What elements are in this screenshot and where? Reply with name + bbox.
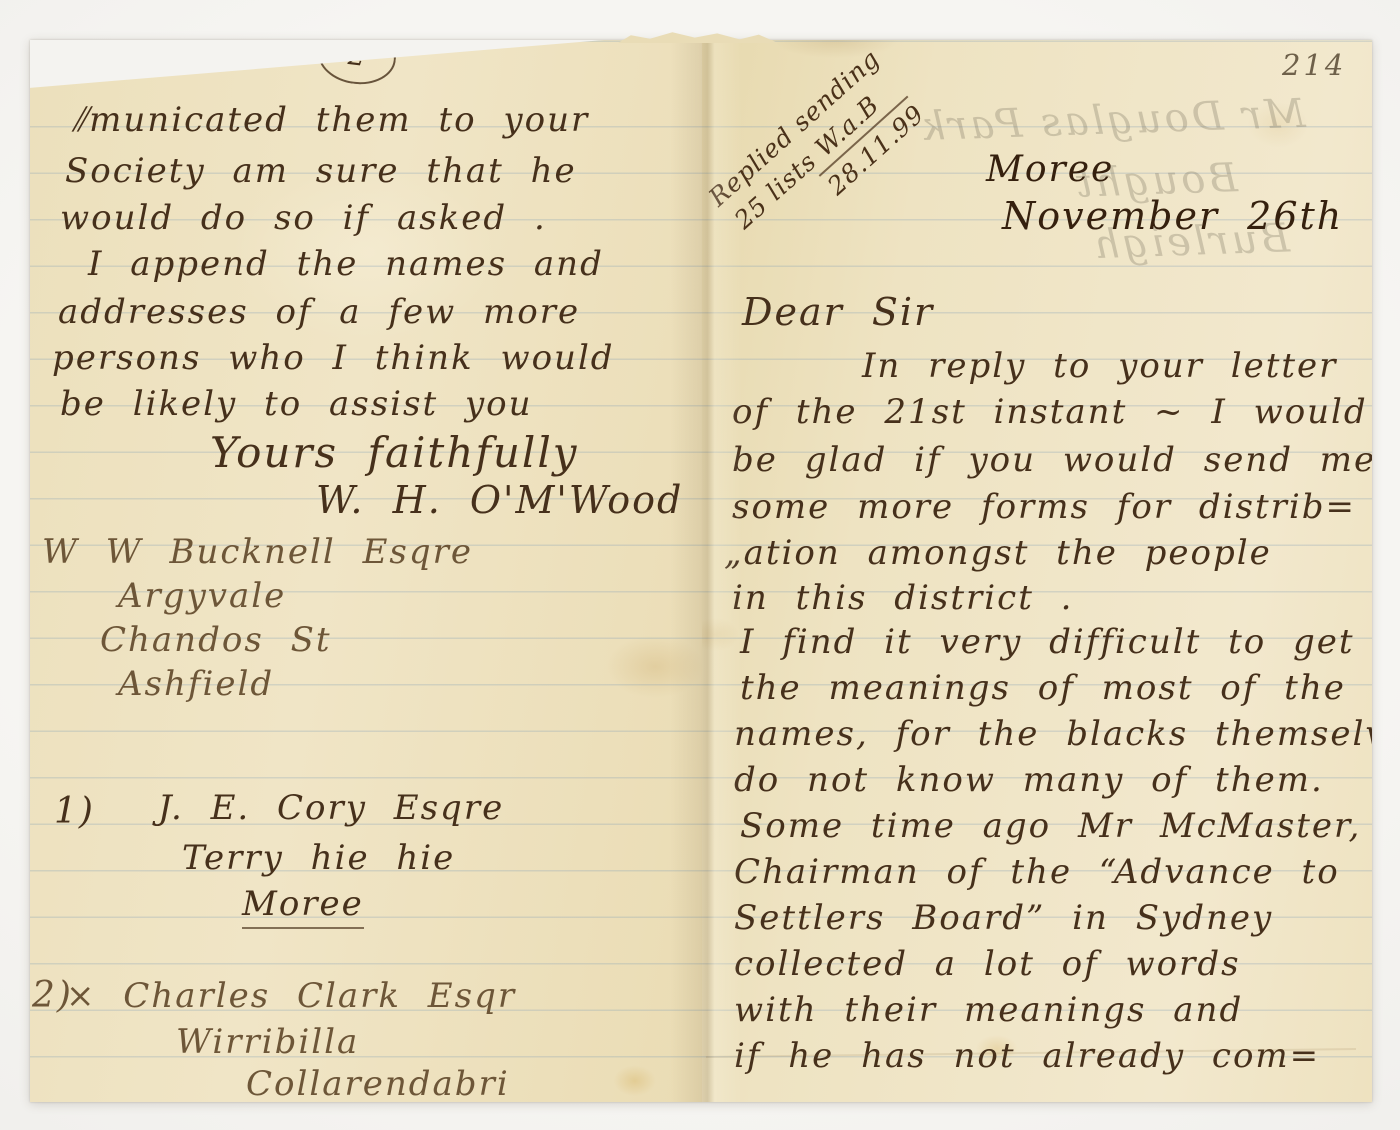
page-right: 214 Mr Douglas Park Bought Burleigh Repl… xyxy=(702,40,1372,1102)
list-item-line: Moree xyxy=(242,886,364,923)
handwriting-line: some more forms for distrib= xyxy=(732,489,1356,526)
center-fold xyxy=(670,40,742,1102)
handwriting-line: with their meanings and xyxy=(734,992,1243,1029)
recipient-line: Ashfield xyxy=(118,666,274,703)
photo-background: 2 ⫽municated them to your Society am sur… xyxy=(0,0,1400,1130)
handwriting-line: collected a lot of words xyxy=(734,946,1241,983)
handwriting-line: Settlers Board” in Sydney xyxy=(734,900,1273,937)
handwriting-line: the meanings of most of the xyxy=(740,670,1346,707)
handwriting-line: In reply to your letter xyxy=(862,348,1337,385)
handwriting-line: in this district . xyxy=(732,580,1073,617)
list-item-line: Wirribilla xyxy=(176,1024,359,1061)
recipient-name: W W Bucknell Esqre xyxy=(42,534,473,571)
salutation-line: Dear Sir xyxy=(742,292,934,334)
handwriting-line: Some time ago Mr McMaster, the xyxy=(740,808,1372,845)
handwriting-line: would do so if asked . xyxy=(60,200,547,237)
closing-line: Yours faithfully xyxy=(210,430,579,476)
handwriting-line: addresses of a few more xyxy=(58,294,580,331)
folio-number: 214 xyxy=(1282,48,1346,82)
handwriting-line: be likely to assist you xyxy=(60,386,533,423)
handwriting-line: Society am sure that he xyxy=(65,153,577,190)
signature-line: W. H. O'M'Wood xyxy=(316,480,683,522)
bleedthrough-text: Mr Douglas Park Bought Burleigh xyxy=(885,83,1312,298)
list-item-line: Collarendabri xyxy=(246,1066,510,1102)
handwriting-line: be glad if you would send me xyxy=(732,442,1372,479)
list-item-name: J. E. Cory Esqre xyxy=(158,790,504,827)
torn-edge-fragment xyxy=(618,31,778,43)
place-line: Moree xyxy=(986,150,1114,190)
handwriting-line: do not know many of them. xyxy=(734,762,1324,799)
handwriting-line: I append the names and xyxy=(88,246,604,283)
handwriting-line: persons who I think would xyxy=(52,340,615,377)
date-line: November 26th 1899 xyxy=(1002,196,1372,238)
letter-sheet: 2 ⫽municated them to your Society am sur… xyxy=(30,40,1372,1102)
page-left: 2 ⫽municated them to your Society am sur… xyxy=(30,40,702,1102)
handwriting-line: names, for the blacks themselves xyxy=(734,716,1372,753)
handwriting-line: I find it very difficult to get xyxy=(740,624,1355,661)
handwriting-line: Chairman of the “Advance to xyxy=(734,854,1340,891)
recipient-line: Argyvale xyxy=(118,578,286,615)
handwriting-line: if he has not already com= xyxy=(734,1038,1320,1075)
list-item-line: Terry hie hie xyxy=(182,840,455,877)
list-item-name: × Charles Clark Esqr xyxy=(66,978,516,1015)
handwriting-line: „ation amongst the people xyxy=(724,535,1272,572)
handwriting-line: of the 21st instant ~ I would xyxy=(732,394,1368,431)
handwriting-line: ⫽municated them to your xyxy=(72,102,589,139)
underlined-place: Moree xyxy=(242,884,364,929)
recipient-line: Chandos St xyxy=(100,622,332,659)
list-item-number: 1) xyxy=(54,792,95,832)
